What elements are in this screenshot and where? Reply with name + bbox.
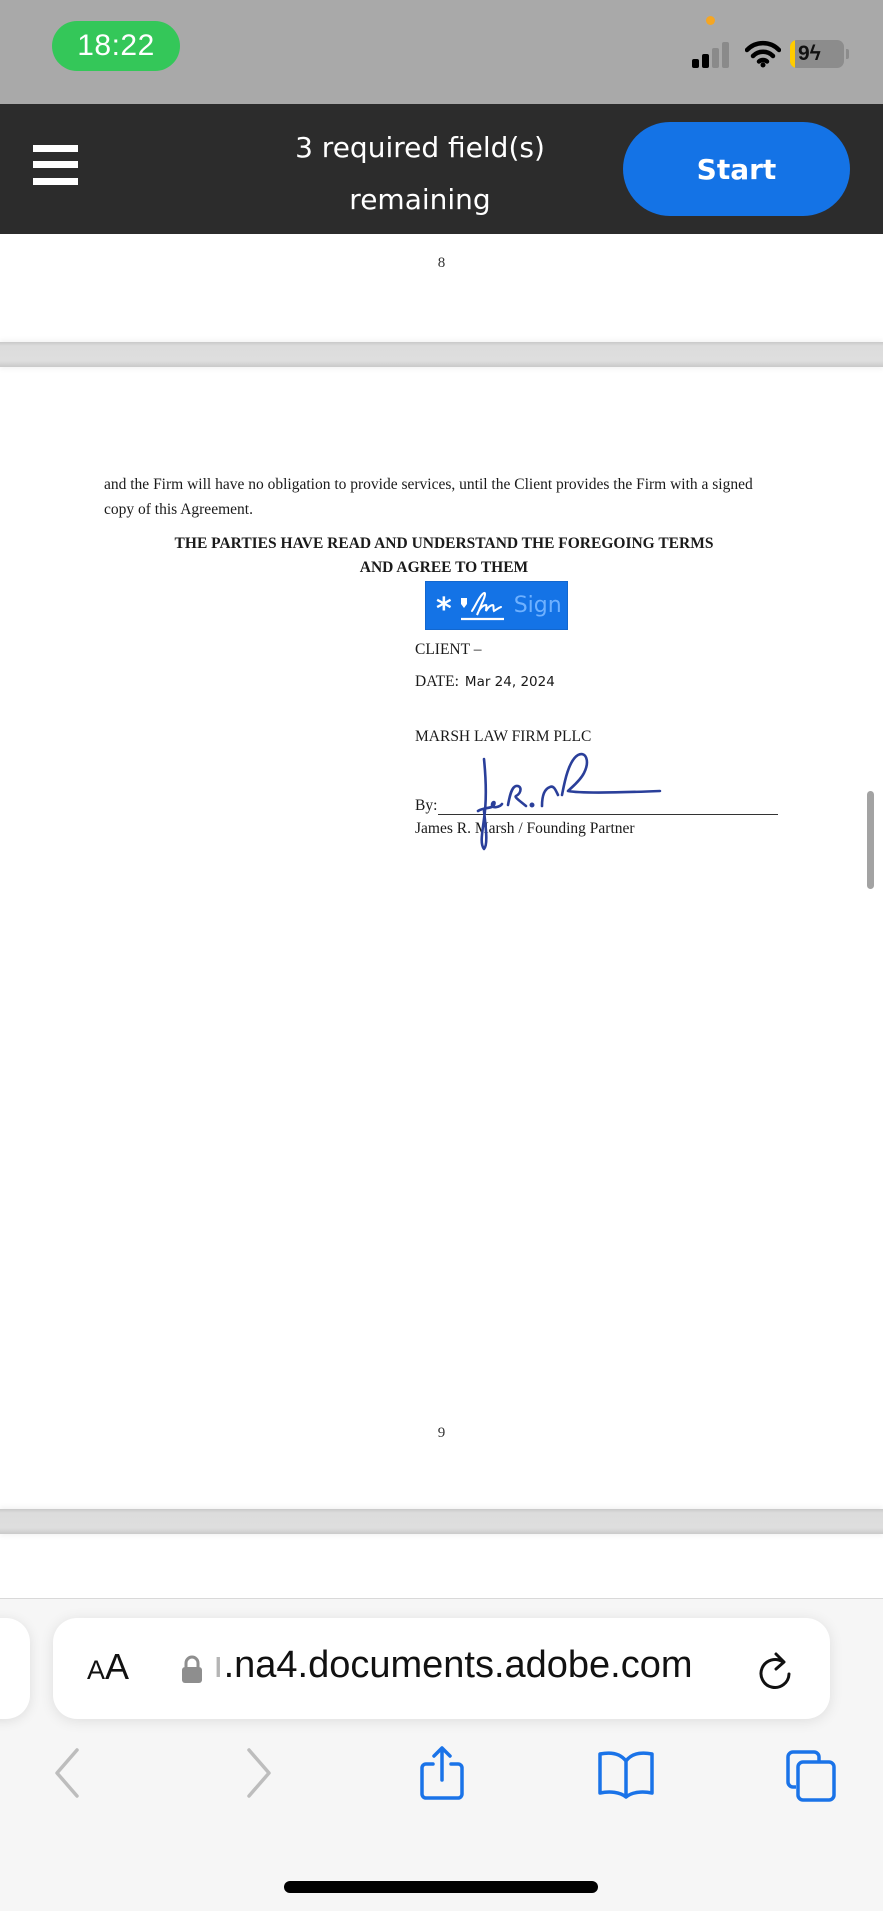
date-row: DATE:Mar 24, 2024 [415,673,555,691]
scrollbar-thumb[interactable] [867,791,874,889]
signing-header: 3 required field(s) remaining Start [0,104,883,234]
firm-name: MARSH LAW FIRM PLLC [415,728,591,746]
privacy-indicator-dot [706,16,715,25]
battery-percent: 9ϟ [798,40,842,68]
battery-icon: 9ϟ [790,40,850,68]
required-fields-status: 3 required field(s) remaining [240,122,600,226]
page-number-9: 9 [0,1425,883,1442]
home-indicator[interactable] [284,1881,598,1893]
document-viewer[interactable]: 8 and the Firm will have no obligation t… [0,234,883,1598]
required-fields-count: 3 required field(s) [240,122,600,174]
reload-icon[interactable] [756,1650,796,1692]
required-fields-remaining: remaining [240,174,600,226]
date-label: DATE: [415,673,459,690]
share-icon[interactable] [414,1744,470,1802]
client-signature-field[interactable]: * Sign [425,581,568,630]
page-number-8: 8 [0,255,883,272]
text-size-button[interactable]: AA [87,1646,129,1688]
wifi-icon [745,40,781,68]
client-label: CLIENT – [415,641,481,659]
signer-name: James R. Marsh / Founding Partner [415,820,635,838]
url-text[interactable]: ı.na4.documents.adobe.com [213,1644,693,1687]
by-label: By: [415,797,437,815]
firm-signature-image [470,749,690,859]
agreement-heading: THE PARTIES HAVE READ AND UNDERSTAND THE… [104,532,784,580]
start-button[interactable]: Start [623,122,850,216]
chevron-left-icon[interactable] [52,1747,82,1799]
tabs-icon[interactable] [784,1749,840,1803]
signature-pen-icon [458,589,506,623]
page-separator [0,1509,883,1534]
required-asterisk-icon: * [436,595,452,625]
signature-line [438,814,778,815]
agreement-paragraph: and the Firm will have no obligation to … [104,472,784,522]
book-icon[interactable] [596,1749,656,1799]
browser-toolbar: AA ı.na4.documents.adobe.com [0,1598,883,1911]
sign-field-label: Sign [514,593,562,618]
cellular-signal-icon [692,40,732,68]
chevron-right-icon[interactable] [244,1747,274,1799]
lock-icon [181,1654,203,1684]
status-bar: 18:22 9ϟ [0,0,883,104]
date-value: Mar 24, 2024 [465,674,555,690]
clock: 18:22 [52,21,180,71]
previous-tab-url-bar[interactable] [0,1618,30,1719]
battery-level [790,40,795,68]
page-separator [0,342,883,367]
hamburger-icon[interactable] [33,145,78,185]
address-bar[interactable]: AA ı.na4.documents.adobe.com [53,1618,830,1719]
